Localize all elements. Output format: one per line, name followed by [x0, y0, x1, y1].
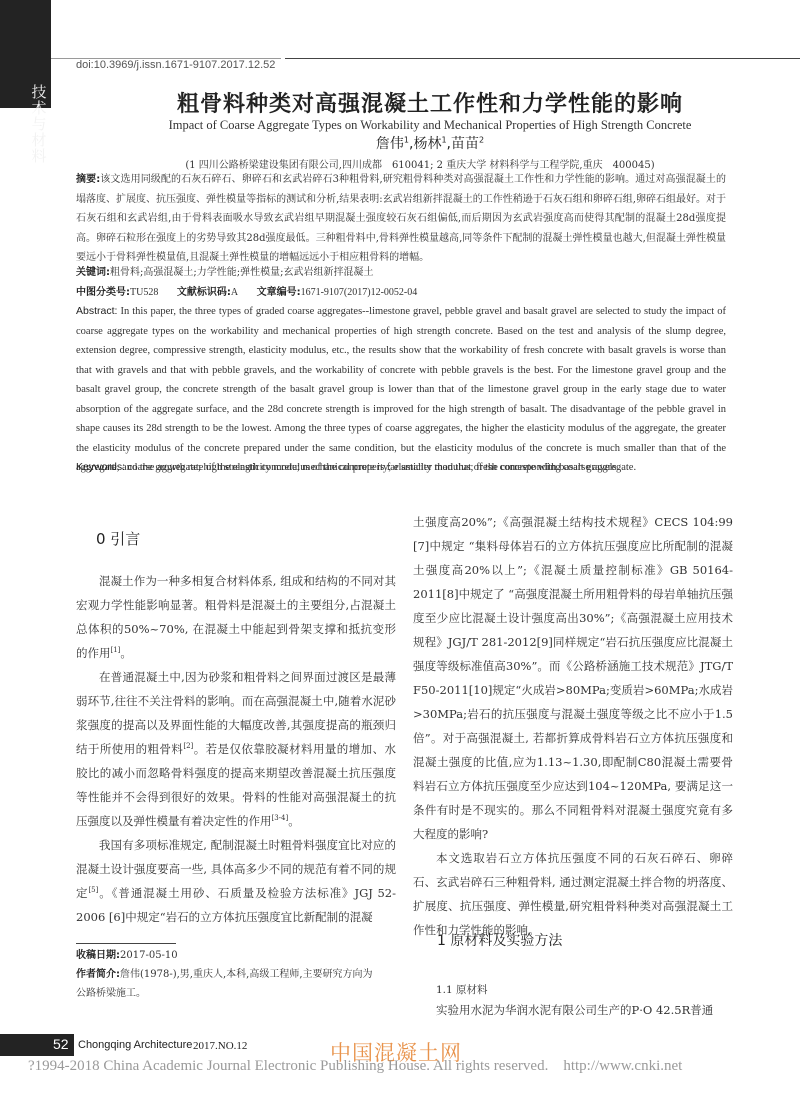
author-affil-sup: 2	[479, 135, 484, 144]
author-name: 苗苗	[451, 136, 479, 152]
received-date: 收稿日期:2017-05-10	[76, 946, 376, 965]
section-heading-materials-methods: 1 原材料及实验方法	[437, 930, 562, 950]
article-number-value: 1671-9107(2017)12-0052-04	[301, 287, 418, 298]
received-label: 收稿日期:	[76, 950, 120, 961]
received-value: 2017-05-10	[120, 950, 178, 961]
paragraph: 实验用水泥为华润水泥有限公司生产的P·O 42.5R普通	[436, 1002, 713, 1018]
paragraph-text: 。《普通混凝土用砂、石质量及检验方法标准》JGJ 52-2006 [6]中规定“…	[76, 886, 396, 924]
citation: [3-4]	[272, 814, 289, 822]
author-bio-text: 詹伟(1978-),男,重庆人,本科,高级工程师,主要研究方向为公路桥梁施工。	[76, 969, 373, 999]
author-name: 詹伟	[376, 136, 404, 152]
body-column-right: 土强度高20%”;《高强混凝土结构技术规程》CECS 104:99 [7]中规定…	[413, 510, 733, 942]
abstract-label: 摘要:	[76, 174, 100, 185]
title-chinese: 粗骨料种类对高强混凝土工作性和力学性能的影响	[0, 87, 800, 118]
abstract-text: 该文选用同级配的石灰石碎石、卵碎石和玄武岩碎石3种粗骨料,研究粗骨料种类对高强混…	[76, 174, 726, 263]
author-name: 杨林	[413, 136, 441, 152]
keywords-chinese: 关键词:粗骨料;高强混凝土;力学性能;弹性模量;玄武岩组新拌混凝土	[76, 263, 726, 283]
page-number: 52	[53, 1036, 69, 1052]
paragraph: 本文选取岩石立方体抗压强度不同的石灰石碎石、卵碎石、玄武岩碎石三种粗骨料, 通过…	[413, 846, 733, 942]
clc-label: 中图分类号:	[76, 287, 130, 298]
keywords-en-label: Keywords:	[76, 461, 125, 473]
section-heading-introduction: 0 引言	[96, 527, 396, 551]
title-english: Impact of Coarse Aggregate Types on Work…	[0, 118, 800, 133]
paragraph: 我国有多项标准规定, 配制混凝土时粗骨料强度宜比对应的混凝土设计强度要高一些, …	[76, 833, 396, 929]
paragraph-text: 。	[288, 814, 300, 828]
journal-issue: 2017.NO.12	[193, 1040, 247, 1052]
classification-line: 中图分类号:TU528 文献标识码:A 文章编号:1671-9107(2017)…	[76, 283, 726, 303]
paragraph: 土强度高20%”;《高强混凝土结构技术规程》CECS 104:99 [7]中规定…	[413, 510, 733, 846]
paragraph: 在普通混凝土中,因为砂浆和粗骨料之间界面过渡区是最薄弱环节,往往不关注骨料的影响…	[76, 665, 396, 833]
doc-code-value: A	[231, 287, 238, 298]
citation: [1]	[111, 646, 121, 654]
journal-name: Chongqing Architecture	[78, 1039, 192, 1051]
doc-code-label: 文献标识码:	[177, 287, 231, 298]
footnote-rule	[76, 943, 176, 944]
author-bio: 作者简介:詹伟(1978-),男,重庆人,本科,高级工程师,主要研究方向为公路桥…	[76, 965, 376, 1003]
keywords-en-text: coarse aggregate; high strength concrete…	[128, 462, 617, 473]
clc-value: TU528	[130, 287, 158, 298]
keywords-label: 关键词:	[76, 267, 110, 278]
subsection-heading-materials: 1.1 原材料	[436, 982, 488, 997]
body-column-left: 0 引言 混凝土作为一种多相复合材料体系, 组成和结构的不同对其宏观力学性能影响…	[76, 515, 396, 929]
article-number-label: 文章编号:	[257, 287, 301, 298]
abstract-chinese: 摘要:该文选用同级配的石灰石碎石、卵碎石和玄武岩碎石3种粗骨料,研究粗骨料种类对…	[76, 170, 726, 268]
paragraph: 混凝土作为一种多相复合材料体系, 组成和结构的不同对其宏观力学性能影响显著。粗骨…	[76, 569, 396, 665]
paragraph-text: 。	[120, 646, 132, 660]
citation: [2]	[183, 742, 193, 750]
doi: doi:10.3969/j.issn.1671-9107.2017.12.52	[76, 59, 275, 71]
author-affil-sup: 1	[441, 135, 446, 144]
author-affil-sup: 1	[404, 135, 409, 144]
keywords-text: 粗骨料;高强混凝土;力学性能;弹性模量;玄武岩组新拌混凝土	[110, 267, 373, 278]
abstract-en-text: In this paper, the three types of graded…	[76, 306, 726, 473]
abstract-english: Abstract: In this paper, the three types…	[76, 302, 726, 478]
abstract-en-label: Abstract:	[76, 305, 117, 317]
authors: 詹伟1,杨林1,苗苗2	[0, 133, 800, 153]
copyright-line: ?1994-2018 China Academic Journal Electr…	[28, 1054, 682, 1075]
keywords-english: Keywords: coarse aggregate; high strengt…	[76, 458, 726, 478]
footnote: 收稿日期:2017-05-10 作者简介:詹伟(1978-),男,重庆人,本科,…	[76, 946, 376, 1003]
header-rule	[285, 58, 800, 59]
author-bio-label: 作者简介:	[76, 969, 120, 980]
affiliation: (1 四川公路桥梁建设集团有限公司,四川成都 610041; 2 重庆大学 材料…	[0, 156, 800, 171]
citation: [5]	[88, 886, 98, 894]
